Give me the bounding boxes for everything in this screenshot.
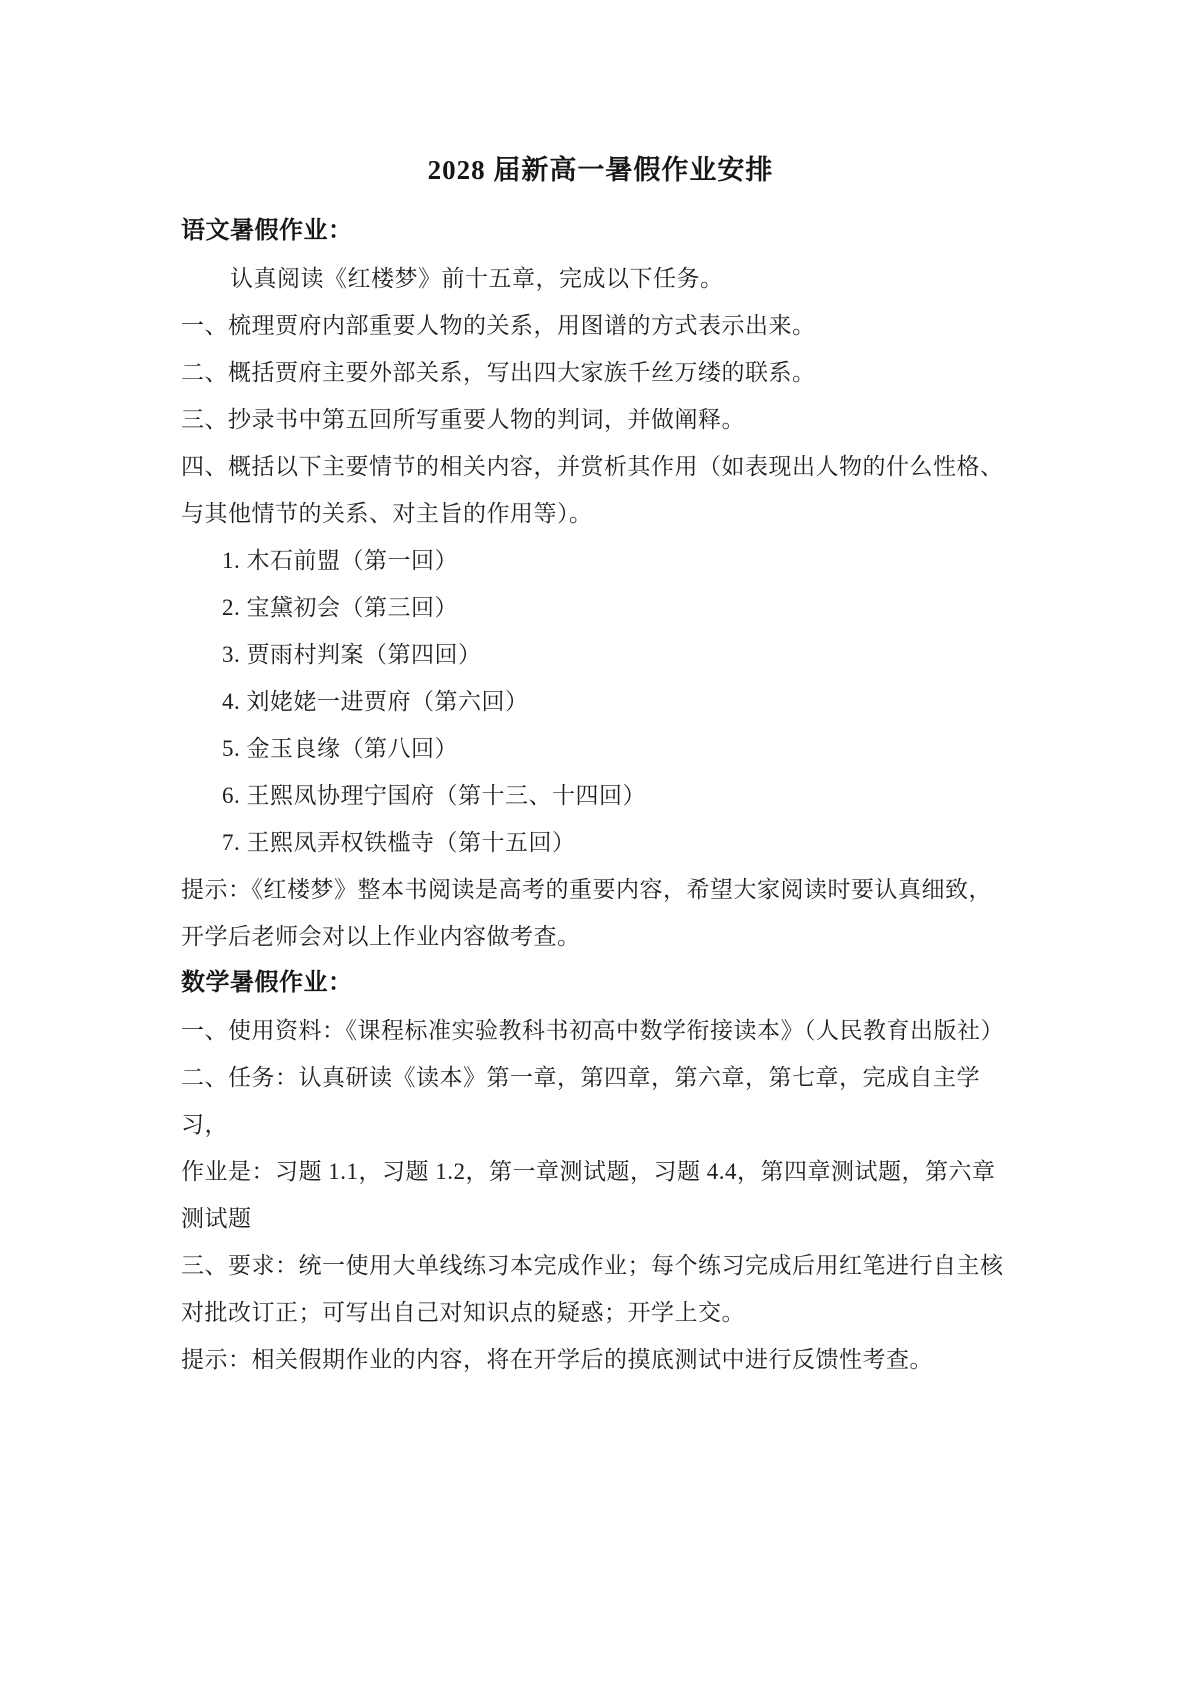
math-homework-section: 数学暑假作业： 一、使用资料：《课程标准实验教科书初高中数学衔接读本》（人民教育…	[181, 960, 1020, 1383]
math-item-3: 三、要求：统一使用大单线练习本完成作业；每个练习完成后用红笔进行自主核 对批改订…	[181, 1242, 1020, 1336]
chinese-homework-section: 语文暑假作业： 认真阅读《红楼梦》前十五章，完成以下任务。 一、梳理贾府内部重要…	[181, 208, 1020, 960]
plot-item-4: 4. 刘姥姥一进贾府（第六回）	[181, 678, 1020, 725]
chinese-task-2: 二、概括贾府主要外部关系，写出四大家族千丝万缕的联系。	[181, 349, 1020, 396]
chinese-note: 提示：《红楼梦》整本书阅读是高考的重要内容，希望大家阅读时要认真细致， 开学后老…	[181, 866, 1020, 960]
math-note: 提示：相关假期作业的内容，将在开学后的摸底测试中进行反馈性考查。	[181, 1336, 1020, 1383]
math-item-2: 二、任务：认真研读《读本》第一章，第四章，第六章，第七章，完成自主学习， 作业是…	[181, 1054, 1020, 1242]
math-item-1: 一、使用资料：《课程标准实验教科书初高中数学衔接读本》（人民教育出版社）	[181, 1007, 1020, 1054]
plot-item-7: 7. 王熙凤弄权铁槛寺（第十五回）	[181, 819, 1020, 866]
chinese-task-4: 四、概括以下主要情节的相关内容，并赏析其作用（如表现出人物的什么性格、 与其他情…	[181, 443, 1020, 537]
plot-item-6: 6. 王熙凤协理宁国府（第十三、十四回）	[181, 772, 1020, 819]
document-page: 2028 届新高一暑假作业安排 语文暑假作业： 认真阅读《红楼梦》前十五章，完成…	[0, 0, 1190, 1683]
plot-item-1: 1. 木石前盟（第一回）	[181, 537, 1020, 584]
chinese-intro-paragraph: 认真阅读《红楼梦》前十五章，完成以下任务。	[181, 255, 1020, 302]
chinese-task-1: 一、梳理贾府内部重要人物的关系，用图谱的方式表示出来。	[181, 302, 1020, 349]
chinese-section-heading: 语文暑假作业：	[181, 208, 1020, 255]
plot-item-3: 3. 贾雨村判案（第四回）	[181, 631, 1020, 678]
page-title: 2028 届新高一暑假作业安排	[181, 147, 1020, 194]
math-section-heading: 数学暑假作业：	[181, 960, 1020, 1007]
plot-item-2: 2. 宝黛初会（第三回）	[181, 584, 1020, 631]
chinese-task-3: 三、抄录书中第五回所写重要人物的判词，并做阐释。	[181, 396, 1020, 443]
plot-item-5: 5. 金玉良缘（第八回）	[181, 725, 1020, 772]
